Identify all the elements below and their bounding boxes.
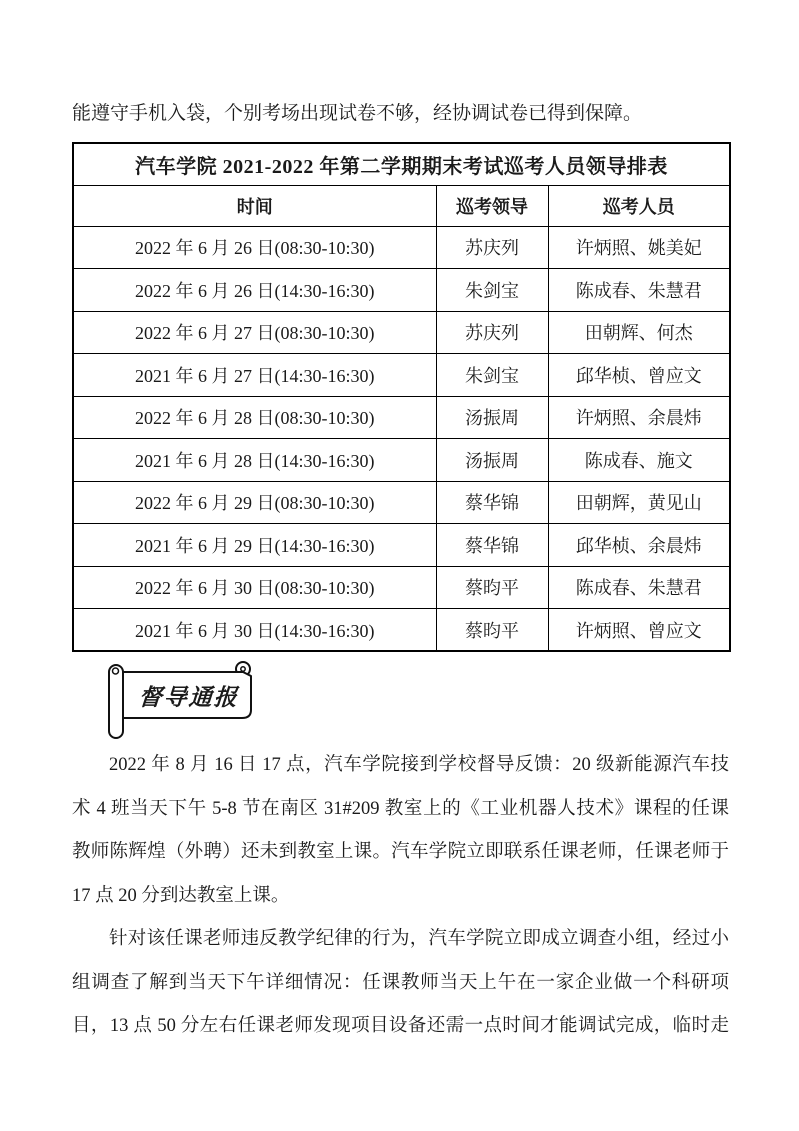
table-row: 2021 年 6 月 30 日(14:30-16:30) 蔡昀平 许炳照、曾应文 bbox=[73, 609, 730, 652]
time-cell: 2022 年 6 月 26 日(08:30-10:30) bbox=[73, 226, 436, 269]
leader-cell: 朱剑宝 bbox=[436, 269, 548, 312]
staff-cell: 陈成春、朱慧君 bbox=[548, 269, 730, 312]
staff-cell: 邱华桢、余晨炜 bbox=[548, 524, 730, 567]
table-row: 2022 年 6 月 29 日(08:30-10:30) 蔡华锦 田朝辉，黄见山 bbox=[73, 481, 730, 524]
time-cell: 2021 年 6 月 28 日(14:30-16:30) bbox=[73, 439, 436, 482]
leader-cell: 蔡昀平 bbox=[436, 566, 548, 609]
leader-cell: 蔡华锦 bbox=[436, 481, 548, 524]
table-row: 2022 年 6 月 26 日(14:30-16:30) 朱剑宝 陈成春、朱慧君 bbox=[73, 269, 730, 312]
table-header-row: 时间 巡考领导 巡考人员 bbox=[73, 185, 730, 226]
staff-cell: 许炳照、姚美妃 bbox=[548, 226, 730, 269]
column-header-leader: 巡考领导 bbox=[436, 185, 548, 226]
report-line: 教师陈辉煌（外聘）还未到教室上课。汽车学院立即联系任课老师，任课老师于 bbox=[72, 831, 729, 875]
staff-cell: 陈成春、施文 bbox=[548, 439, 730, 482]
time-cell: 2021 年 6 月 30 日(14:30-16:30) bbox=[73, 609, 436, 652]
report-line: 目，13 点 50 分左右任课老师发现项目设备还需一点时间才能调试完成，临时走 bbox=[72, 1005, 729, 1049]
leader-cell: 汤振周 bbox=[436, 396, 548, 439]
time-cell: 2021 年 6 月 29 日(14:30-16:30) bbox=[73, 524, 436, 567]
column-header-staff: 巡考人员 bbox=[548, 185, 730, 226]
time-cell: 2022 年 6 月 27 日(08:30-10:30) bbox=[73, 311, 436, 354]
table-row: 2022 年 6 月 30 日(08:30-10:30) 蔡昀平 陈成春、朱慧君 bbox=[73, 566, 730, 609]
time-cell: 2022 年 6 月 30 日(08:30-10:30) bbox=[73, 566, 436, 609]
duty-roster-table: 汽车学院 2021-2022 年第二学期期末考试巡考人员领导排表 时间 巡考领导… bbox=[72, 142, 731, 652]
staff-cell: 田朝辉、何杰 bbox=[548, 311, 730, 354]
time-cell: 2021 年 6 月 27 日(14:30-16:30) bbox=[73, 354, 436, 397]
column-header-time: 时间 bbox=[73, 185, 436, 226]
staff-cell: 许炳照、曾应文 bbox=[548, 609, 730, 652]
report-line: 2022 年 8 月 16 日 17 点，汽车学院接到学校督导反馈：20 级新能… bbox=[72, 744, 729, 788]
intro-text: 能遵守手机入袋，个别考场出现试卷不够，经协调试卷已得到保障。 bbox=[72, 100, 732, 128]
leader-cell: 蔡昀平 bbox=[436, 609, 548, 652]
table-row: 2022 年 6 月 27 日(08:30-10:30) 苏庆列 田朝辉、何杰 bbox=[73, 311, 730, 354]
table-row: 2021 年 6 月 29 日(14:30-16:30) 蔡华锦 邱华桢、余晨炜 bbox=[73, 524, 730, 567]
staff-cell: 田朝辉，黄见山 bbox=[548, 481, 730, 524]
banner-label: 督导通报 bbox=[124, 673, 253, 717]
table-row: 2022 年 6 月 26 日(08:30-10:30) 苏庆列 许炳照、姚美妃 bbox=[73, 226, 730, 269]
leader-cell: 苏庆列 bbox=[436, 311, 548, 354]
time-cell: 2022 年 6 月 29 日(08:30-10:30) bbox=[73, 481, 436, 524]
table-row: 2021 年 6 月 28 日(14:30-16:30) 汤振周 陈成春、施文 bbox=[73, 439, 730, 482]
report-line: 17 点 20 分到达教室上课。 bbox=[72, 875, 729, 919]
leader-cell: 蔡华锦 bbox=[436, 524, 548, 567]
time-cell: 2022 年 6 月 28 日(08:30-10:30) bbox=[73, 396, 436, 439]
report-body: 2022 年 8 月 16 日 17 点，汽车学院接到学校督导反馈：20 级新能… bbox=[72, 744, 729, 1049]
leader-cell: 苏庆列 bbox=[436, 226, 548, 269]
table-title: 汽车学院 2021-2022 年第二学期期末考试巡考人员领导排表 bbox=[73, 143, 730, 185]
report-line: 术 4 班当天下午 5-8 节在南区 31#209 教室上的《工业机器人技术》课… bbox=[72, 788, 729, 832]
staff-cell: 许炳照、余晨炜 bbox=[548, 396, 730, 439]
leader-cell: 汤振周 bbox=[436, 439, 548, 482]
staff-cell: 邱华桢、曾应文 bbox=[548, 354, 730, 397]
supervision-banner: 督导通报 bbox=[104, 658, 266, 748]
table-title-row: 汽车学院 2021-2022 年第二学期期末考试巡考人员领导排表 bbox=[73, 143, 730, 185]
report-line: 针对该任课老师违反教学纪律的行为，汽车学院立即成立调查小组，经过小 bbox=[72, 918, 729, 962]
report-line: 组调查了解到当天下午详细情况：任课教师当天上午在一家企业做一个科研项 bbox=[72, 962, 729, 1006]
staff-cell: 陈成春、朱慧君 bbox=[548, 566, 730, 609]
leader-cell: 朱剑宝 bbox=[436, 354, 548, 397]
time-cell: 2022 年 6 月 26 日(14:30-16:30) bbox=[73, 269, 436, 312]
document-page: 能遵守手机入袋，个别考场出现试卷不够，经协调试卷已得到保障。 汽车学院 2021… bbox=[0, 0, 799, 1131]
table-row: 2021 年 6 月 27 日(14:30-16:30) 朱剑宝 邱华桢、曾应文 bbox=[73, 354, 730, 397]
table-row: 2022 年 6 月 28 日(08:30-10:30) 汤振周 许炳照、余晨炜 bbox=[73, 396, 730, 439]
